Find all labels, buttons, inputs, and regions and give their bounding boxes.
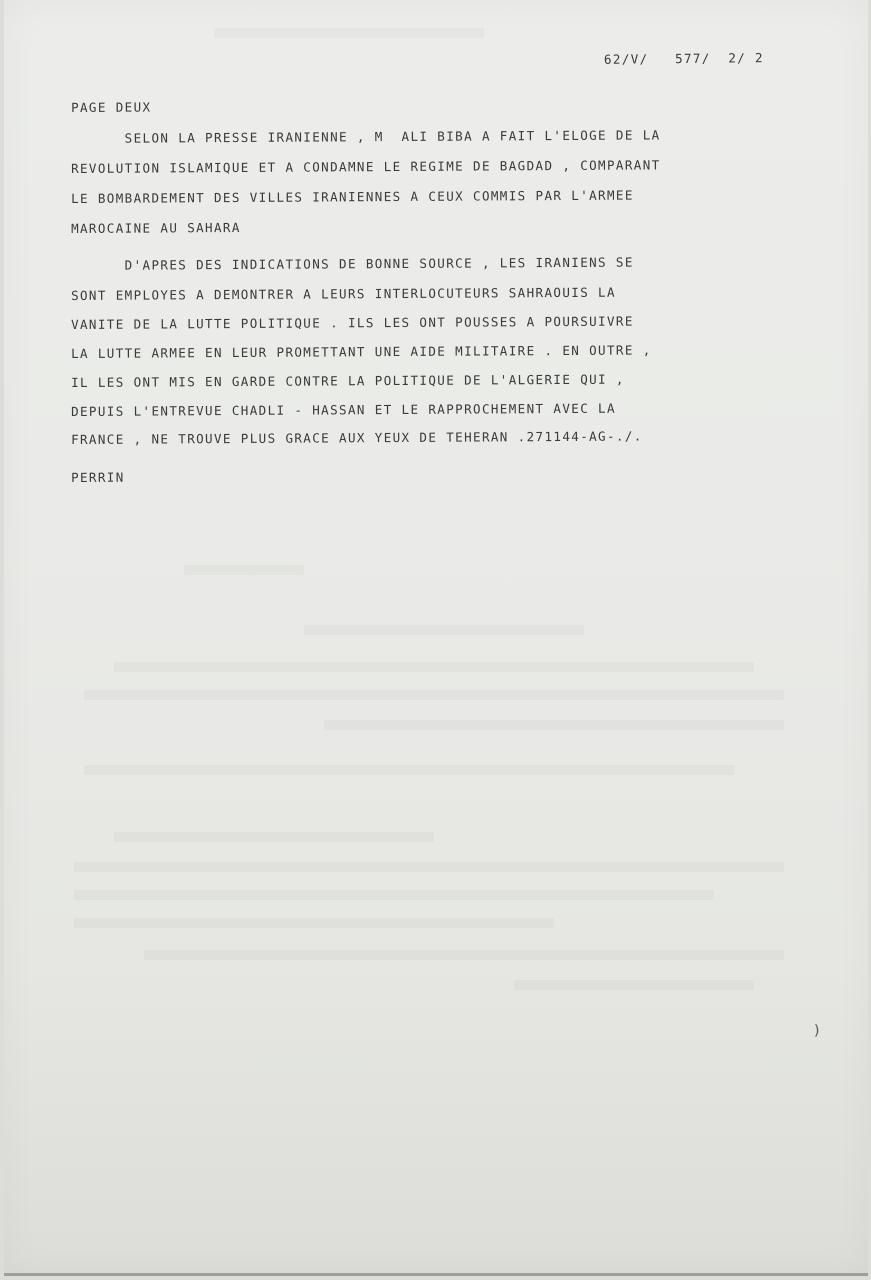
- bleed-through-line: [144, 950, 784, 960]
- text-line: IL LES ONT MIS EN GARDE CONTRE LA POLITI…: [71, 372, 625, 390]
- text-line: DEPUIS L'ENTREVUE CHADLI - HASSAN ET LE …: [71, 401, 616, 419]
- bleed-through-line: [74, 862, 784, 872]
- bleed-through-line: [324, 720, 784, 730]
- bleed-through-line: [514, 980, 754, 990]
- text-line: SONT EMPLOYES A DEMONTRER A LEURS INTERL…: [71, 285, 616, 303]
- text-line: D'APRES DES INDICATIONS DE BONNE SOURCE …: [71, 255, 634, 273]
- bleed-through-line: [114, 662, 754, 672]
- bleed-through-line: [74, 918, 554, 928]
- text-line: LE BOMBARDEMENT DES VILLES IRANIENNES A …: [71, 188, 634, 206]
- bleed-through-line: [304, 625, 584, 635]
- bleed-through-line: [114, 832, 434, 842]
- text-line: MAROCAINE AU SAHARA: [71, 220, 241, 236]
- page-label: PAGE DEUX: [71, 100, 151, 115]
- margin-mark: ): [814, 1023, 819, 1039]
- text-line: REVOLUTION ISLAMIQUE ET A CONDAMNE LE RE…: [71, 157, 661, 176]
- telegram-reference: 62/V/ 577/ 2/ 2: [604, 50, 764, 67]
- signature: PERRIN: [71, 470, 125, 485]
- document-page: 62/V/ 577/ 2/ 2 PAGE DEUX SELON LA PRESS…: [4, 0, 868, 1276]
- text-line: VANITE DE LA LUTTE POLITIQUE . ILS LES O…: [71, 314, 634, 332]
- text-line: LA LUTTE ARMEE EN LEUR PROMETTANT UNE AI…: [71, 342, 652, 361]
- bleed-through-line: [84, 690, 784, 700]
- text-line: SELON LA PRESSE IRANIENNE , M ALI BIBA A…: [71, 127, 661, 146]
- bleed-through-line: [214, 28, 484, 38]
- bleed-through-line: [74, 890, 714, 900]
- bleed-through-line: [184, 565, 304, 575]
- text-line: FRANCE , NE TROUVE PLUS GRACE AUX YEUX D…: [71, 429, 643, 447]
- bleed-through-line: [84, 765, 734, 775]
